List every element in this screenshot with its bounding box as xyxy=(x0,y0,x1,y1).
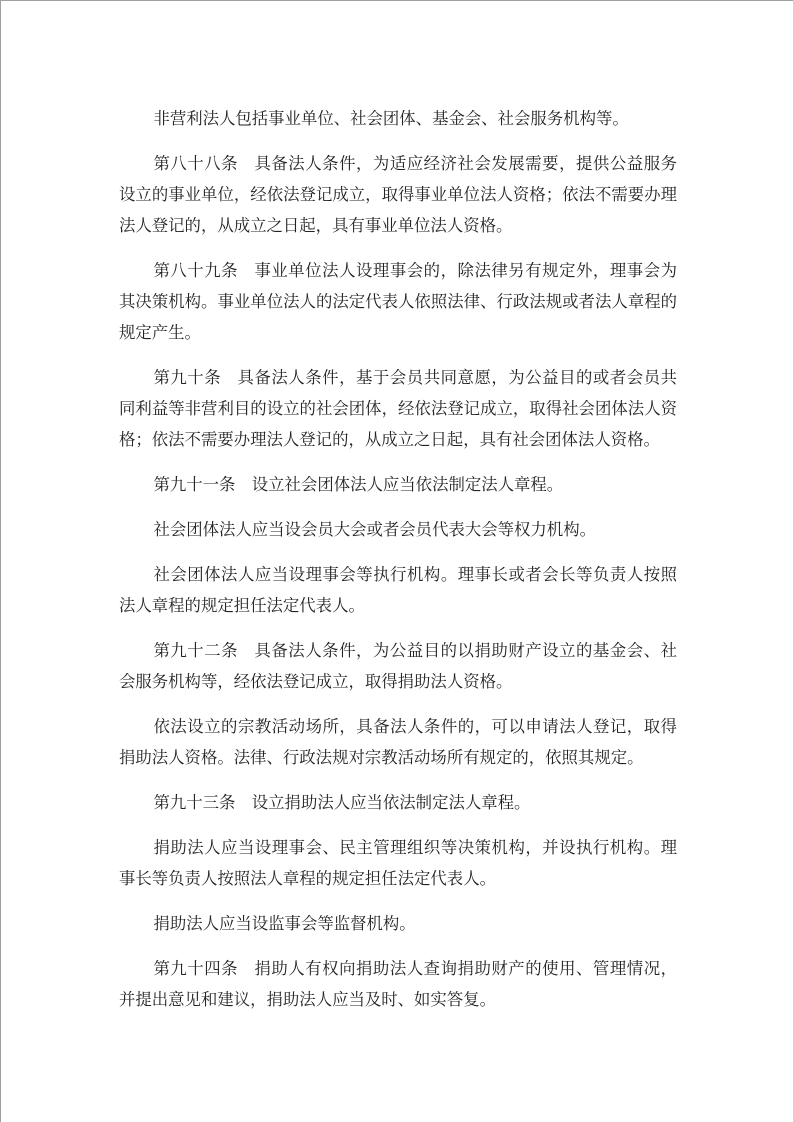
article-number: 第八十八条 xyxy=(153,154,238,173)
article-number: 第九十二条 xyxy=(153,641,238,660)
paragraph-text: 捐助法人应当设理事会、民主管理组织等决策机构，并设执行机构。理事长等负责人按照法… xyxy=(119,838,677,888)
paragraph-article-93-clause-3: 捐助法人应当设监事会等监督机构。 xyxy=(119,908,677,939)
paragraph-text: 设立社会团体法人应当依法制定法人章程。 xyxy=(252,475,563,494)
paragraph-article-88: 第八十八条具备法人条件，为适应经济社会发展需要，提供公益服务设立的事业单位，经依… xyxy=(119,148,677,241)
article-number: 第八十九条 xyxy=(153,261,238,280)
article-number: 第九十一条 xyxy=(153,475,235,494)
paragraph-article-91-clause-2: 社会团体法人应当设会员大会或者会员代表大会等权力机构。 xyxy=(119,514,677,545)
article-number: 第九十四条 xyxy=(153,959,238,978)
paragraph-article-90: 第九十条具备法人条件，基于会员共同意愿，为公益目的或者会员共同利益等非营利目的设… xyxy=(119,362,677,455)
paragraph-article-89: 第八十九条事业单位法人设理事会的，除法律另有规定外，理事会为其决策机构。事业单位… xyxy=(119,255,677,348)
document-body: 非营利法人包括事业单位、社会团体、基金会、社会服务机构等。 第八十八条具备法人条… xyxy=(119,103,677,1029)
paragraph-text: 依法设立的宗教活动场所，具备法人条件的，可以申请法人登记，取得捐助法人资格。法律… xyxy=(119,717,677,767)
paragraph-article-91: 第九十一条设立社会团体法人应当依法制定法人章程。 xyxy=(119,469,677,500)
paragraph-nonprofit-types: 非营利法人包括事业单位、社会团体、基金会、社会服务机构等。 xyxy=(119,103,677,134)
paragraph-text: 设立捐助法人应当依法制定法人章程。 xyxy=(252,793,531,812)
article-number: 第九十三条 xyxy=(153,793,235,812)
paragraph-text: 捐助法人应当设监事会等监督机构。 xyxy=(153,914,415,933)
paragraph-text: 社会团体法人应当设会员大会或者会员代表大会等权力机构。 xyxy=(153,520,596,539)
paragraph-article-91-clause-3: 社会团体法人应当设理事会等执行机构。理事长或者会长等负责人按照法人章程的规定担任… xyxy=(119,559,677,621)
paragraph-text: 社会团体法人应当设理事会等执行机构。理事长或者会长等负责人按照法人章程的规定担任… xyxy=(119,565,677,615)
paragraph-article-92: 第九十二条具备法人条件，为公益目的以捐助财产设立的基金会、社会服务机构等，经依法… xyxy=(119,635,677,697)
paragraph-article-92-clause-2: 依法设立的宗教活动场所，具备法人条件的，可以申请法人登记，取得捐助法人资格。法律… xyxy=(119,711,677,773)
article-number: 第九十条 xyxy=(153,368,221,387)
paragraph-article-94: 第九十四条捐助人有权向捐助法人查询捐助财产的使用、管理情况，并提出意见和建议，捐… xyxy=(119,953,677,1015)
paragraph-text: 非营利法人包括事业单位、社会团体、基金会、社会服务机构等。 xyxy=(153,109,628,128)
paragraph-article-93-clause-2: 捐助法人应当设理事会、民主管理组织等决策机构，并设执行机构。理事长等负责人按照法… xyxy=(119,832,677,894)
paragraph-article-93: 第九十三条设立捐助法人应当依法制定法人章程。 xyxy=(119,787,677,818)
document-page: 非营利法人包括事业单位、社会团体、基金会、社会服务机构等。 第八十八条具备法人条… xyxy=(0,0,793,1122)
